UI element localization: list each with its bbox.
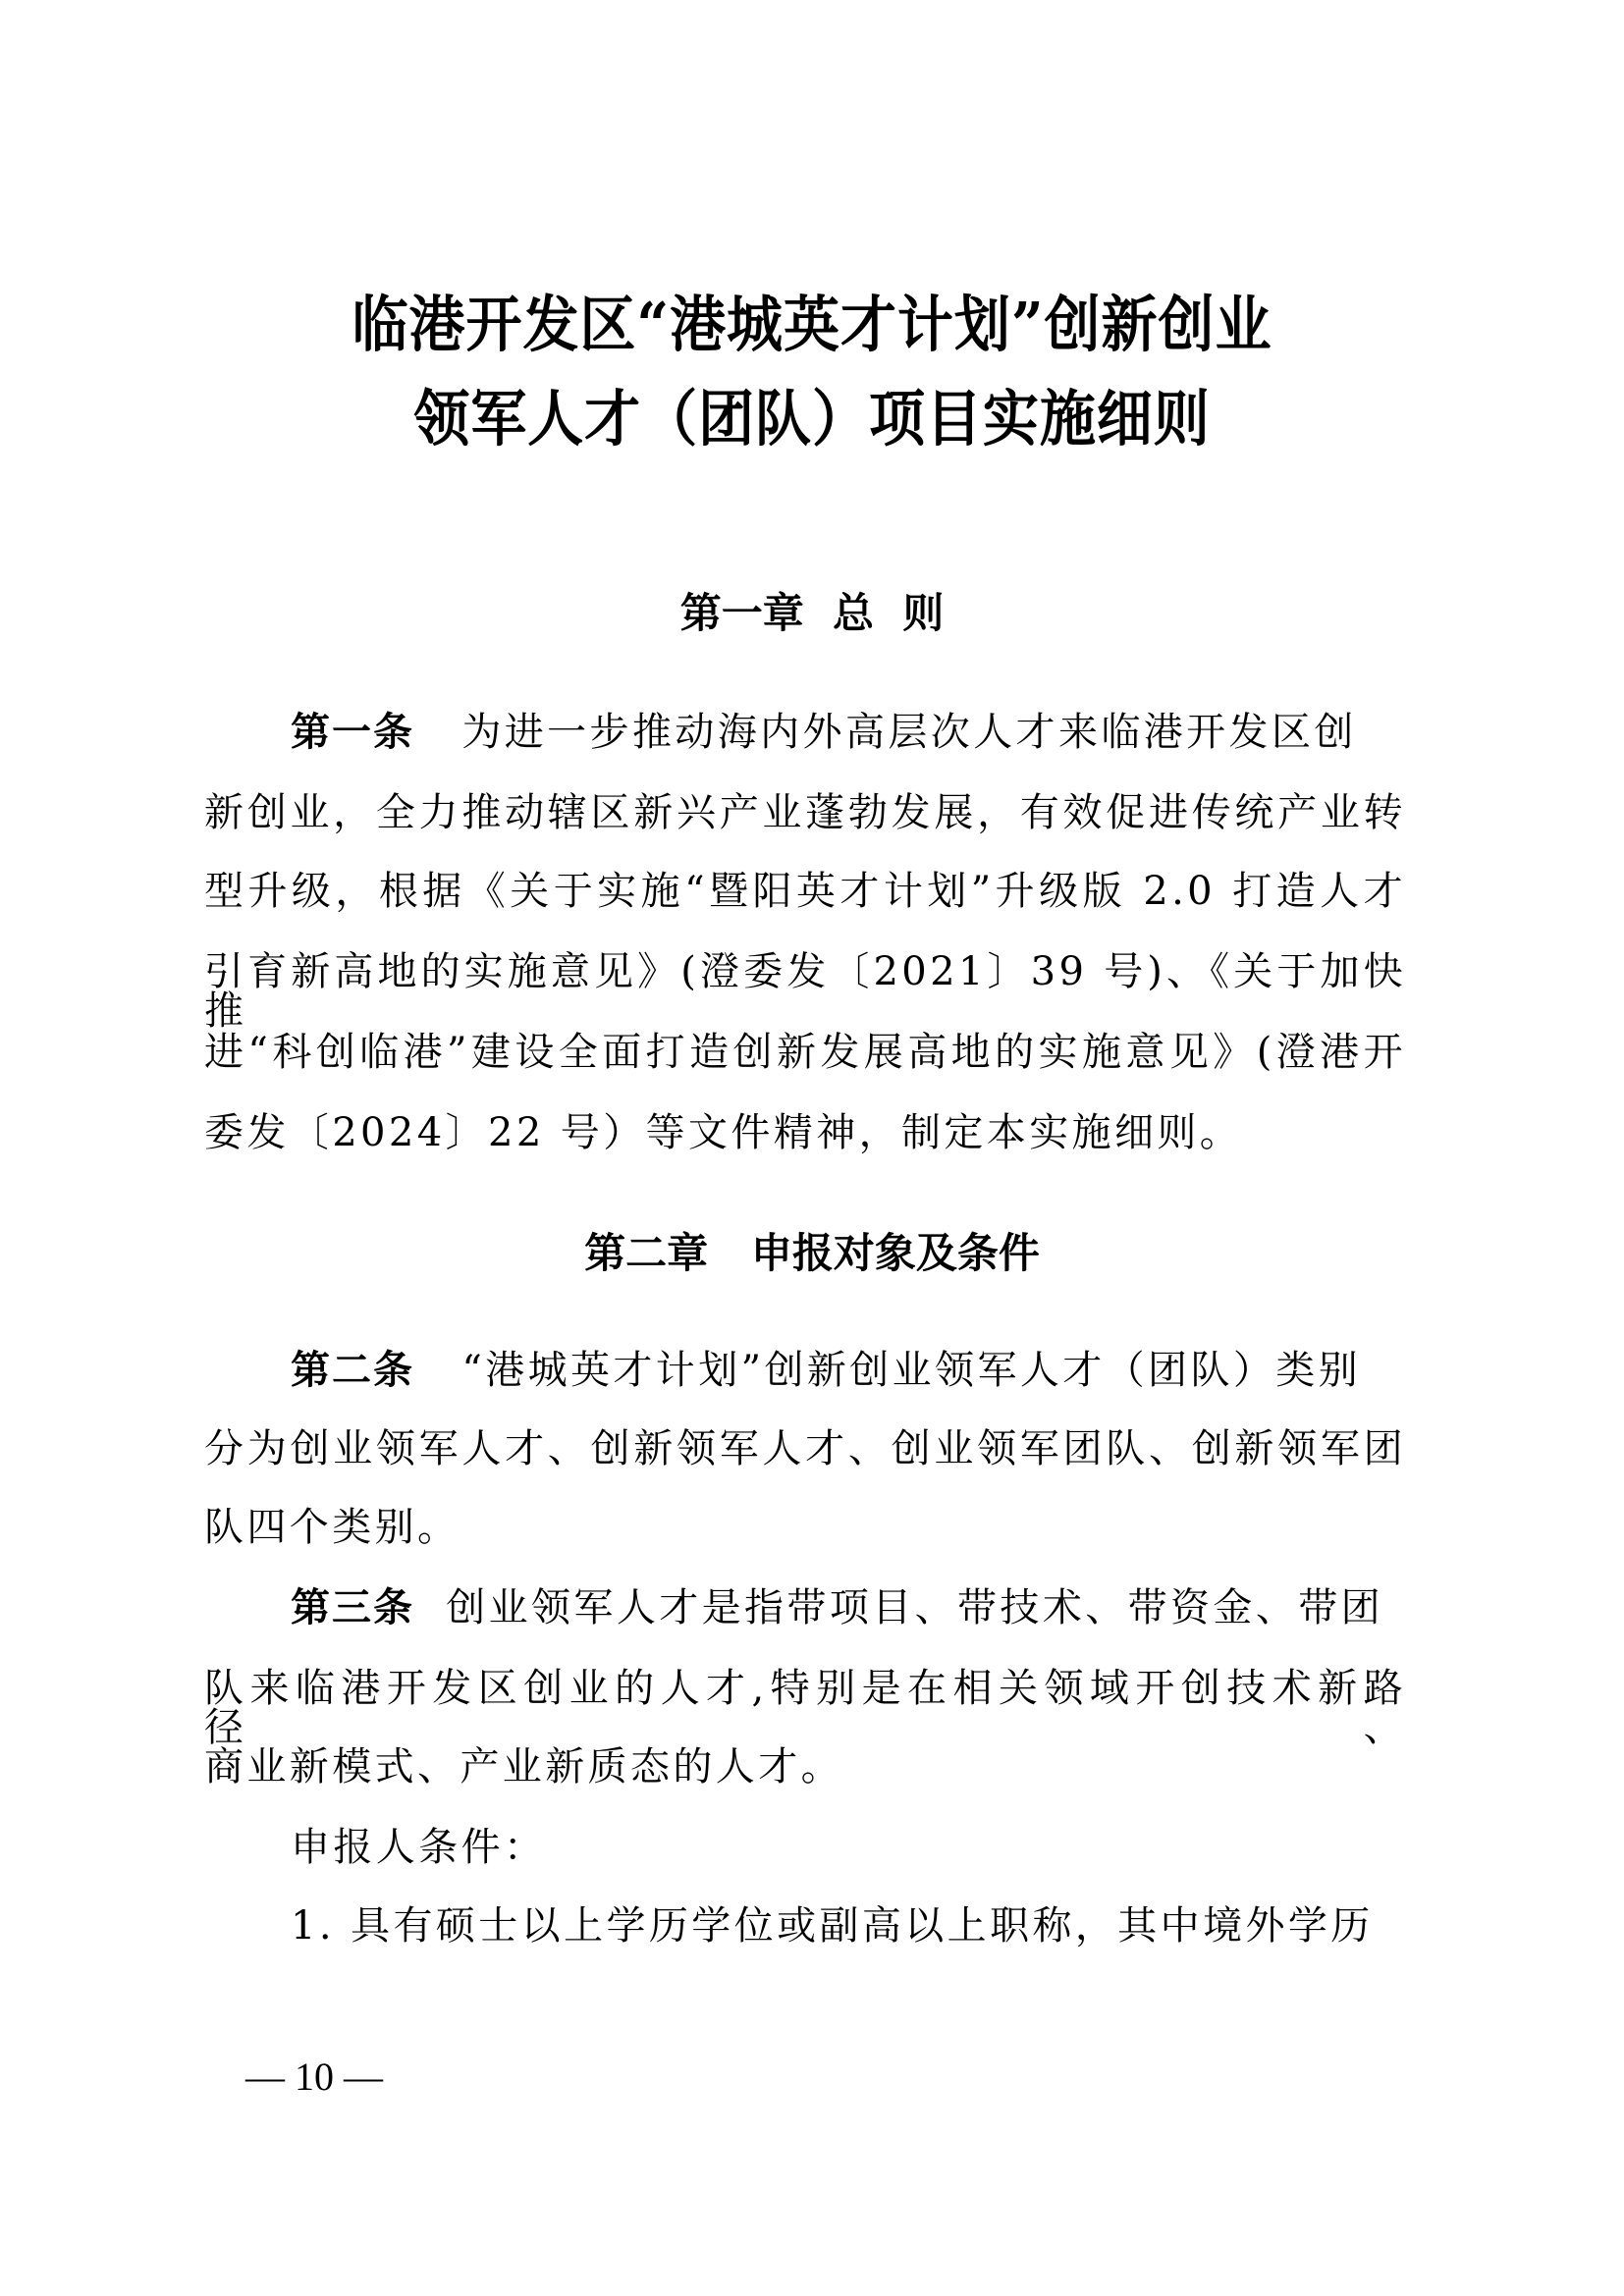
article-1-line-4: 引育新高地的实施意见》(澄委发〔2021〕39 号)、《关于加快推: [204, 952, 1406, 1031]
article-1-text-1: 为进一步推动海内外高层次人才来临港开发区创: [461, 710, 1356, 755]
article-3-line-3: 商业新模式、产业新质态的人才。: [204, 1747, 1406, 1787]
article-2-line-2: 分为创业领军人才、创新领军人才、创业领军团队、创新领军团: [204, 1429, 1406, 1468]
page-number: — 10 —: [245, 2057, 383, 2097]
document-title-line-2: 领军人才（团队）项目实施细则: [65, 389, 1559, 450]
article-1-label: 第一条: [291, 710, 414, 755]
document-title-line-1: 临港开发区“港城英才计划”创新创业: [65, 294, 1559, 355]
article-1-line-2: 新创业，全力推动辖区新兴产业蓬勃发展，有效促进传统产业转: [204, 793, 1406, 832]
article-2-label: 第二条: [291, 1348, 414, 1393]
article-2-line-1: 第二条 “港城英才计划”创新创业领军人才（团队）类别: [291, 1351, 1406, 1390]
article-1-line-5: 进“科创临港”建设全面打造创新发展高地的实施意见》(澄港开: [204, 1033, 1406, 1072]
condition-1-line-1: 1. 具有硕士以上学历学位或副高以上职称，其中境外学历: [291, 1906, 1406, 1946]
article-1-line-6: 委发〔2024〕22 号）等文件精神，制定本实施细则。: [204, 1113, 1406, 1152]
article-3-line-1: 第三条 创业领军人才是指带项目、带技术、带资金、带团: [291, 1588, 1406, 1628]
article-3-label: 第三条: [291, 1585, 414, 1630]
article-2-line-3: 队四个类别。: [204, 1508, 1406, 1547]
chapter-1-heading: 第一章 总 则: [0, 593, 1624, 634]
document-page: 临港开发区“港城英才计划”创新创业 领军人才（团队）项目实施细则 第一章 总 则…: [0, 0, 1624, 2296]
applicant-conditions-heading: 申报人条件：: [291, 1828, 1406, 1867]
article-3-text-1: 创业领军人才是指带项目、带技术、带资金、带团: [446, 1585, 1383, 1630]
article-1-line-3: 型升级，根据《关于实施“暨阳英才计划”升级版 2.0 打造人才: [204, 872, 1406, 911]
article-2-text-1: “港城英才计划”创新创业领军人才（团队）类别: [461, 1348, 1361, 1393]
article-3-line-2: 队来临港开发区创业的人才,特别是在相关领域开创技术新路径、: [204, 1669, 1406, 1747]
article-1-line-1: 第一条 为进一步推动海内外高层次人才来临港开发区创: [291, 713, 1406, 752]
chapter-2-heading: 第二章 申报对象及条件: [0, 1233, 1624, 1274]
